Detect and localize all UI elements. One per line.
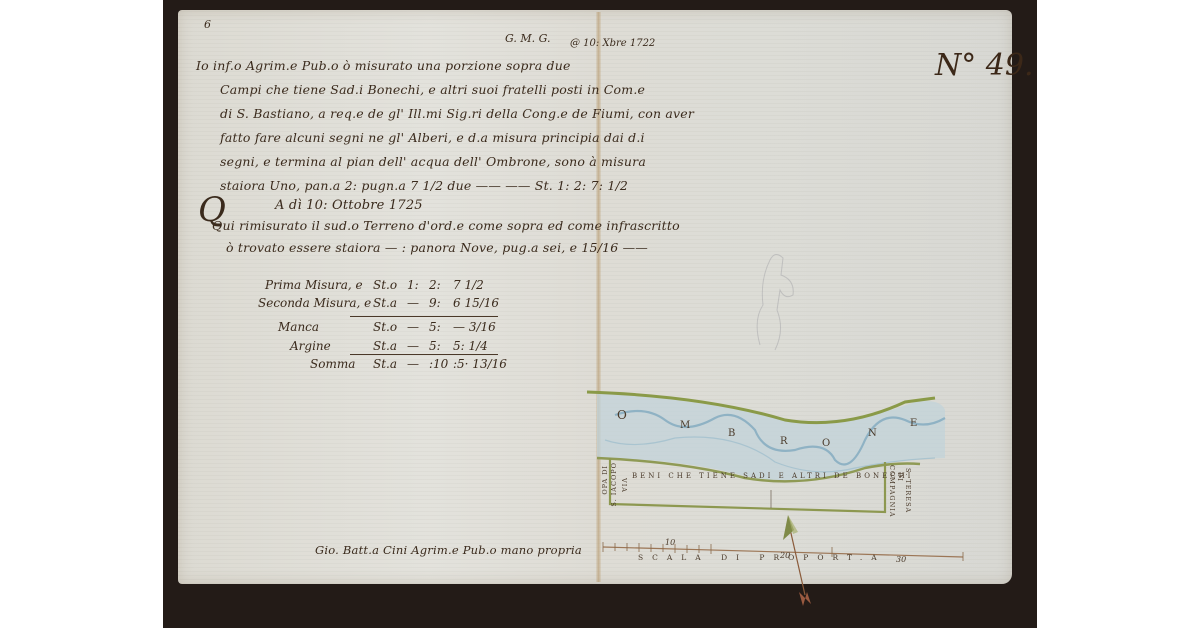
faint-figure-sketch bbox=[745, 250, 815, 360]
row-value: 1: bbox=[407, 278, 429, 292]
declaration-line: fatto fare alcuni segni ne gl' Alberi, e… bbox=[220, 130, 645, 145]
river-label-letter: B bbox=[728, 428, 735, 439]
river-label-letter: M bbox=[680, 420, 690, 431]
river-label-letter: O bbox=[822, 438, 830, 449]
row-value: 5: bbox=[429, 339, 453, 353]
table-row: ArgineSt.a—5:5: 1/4 bbox=[290, 339, 488, 353]
row-value: 2: bbox=[429, 278, 453, 292]
row-value: :5· 13/16 bbox=[453, 357, 507, 371]
right-boundary-label: COMPAGNIA bbox=[888, 465, 896, 518]
row-unit: St.a bbox=[373, 357, 407, 371]
declaration-line: Io inf.o Agrim.e Pub.o ò misurato una po… bbox=[196, 58, 571, 73]
date-header: @ 10: Xbre 1722 bbox=[570, 38, 655, 49]
row-label: Manca bbox=[278, 320, 373, 334]
right-boundary-label-3: S. TERESA bbox=[904, 468, 912, 513]
left-road-label: VIA bbox=[620, 478, 628, 493]
declaration-line: Campi che tiene Sad.i Bonechi, e altri s… bbox=[220, 82, 645, 97]
row-value: — bbox=[407, 296, 429, 310]
river-label-letter: O bbox=[617, 408, 627, 422]
row-value: 5: bbox=[429, 320, 453, 334]
second-date: A dì 10: Ottobre 1725 bbox=[275, 198, 423, 213]
row-value: :10 bbox=[429, 357, 453, 371]
folio-mark: 6 bbox=[204, 18, 211, 31]
declaration-line: staiora Uno, pan.a 2: pugn.a 7 1/2 due —… bbox=[220, 178, 628, 193]
row-unit: St.o bbox=[373, 320, 407, 334]
row-value: 7 1/2 bbox=[453, 278, 484, 292]
row-label: Argine bbox=[290, 339, 373, 353]
parcel-label: BENI CHE TIENE SADI E ALTRI DE BONECHI bbox=[632, 472, 913, 480]
table-row: Prima Misura, eSt.o1:2:7 1/2 bbox=[265, 278, 484, 292]
scale-tick-number: 10 bbox=[665, 538, 675, 547]
row-unit: St.o bbox=[373, 278, 407, 292]
sheet-number: N° 49. bbox=[935, 48, 1034, 83]
table-row: Seconda Misura, eSt.a—9:6 15/16 bbox=[258, 296, 499, 310]
row-value: — 3/16 bbox=[453, 320, 496, 334]
river-label-letter: R bbox=[780, 436, 788, 447]
row-unit: St.a bbox=[373, 296, 407, 310]
signature: Gio. Batt.a Cini Agrim.e Pub.o mano prop… bbox=[315, 543, 582, 557]
left-boundary-label-2: S. IACOPO bbox=[610, 462, 618, 507]
remeasure-line: ò trovato essere staiora — : panora Nove… bbox=[226, 240, 648, 255]
row-value: — bbox=[407, 339, 429, 353]
sum-rule bbox=[350, 316, 498, 317]
row-label: Prima Misura, e bbox=[265, 278, 373, 292]
remeasure-line: Qui rimisurato il sud.o Terreno d'ord.e … bbox=[212, 218, 680, 233]
row-value: 9: bbox=[429, 296, 453, 310]
declaration-line: segni, e termina al pian dell' acqua del… bbox=[220, 154, 646, 169]
river-label-letter: N bbox=[868, 428, 877, 439]
river-label-letter: E bbox=[910, 418, 917, 429]
invocation: G. M. G. bbox=[505, 32, 551, 45]
row-value: 6 15/16 bbox=[453, 296, 499, 310]
left-boundary-label: OPA DI bbox=[601, 465, 609, 495]
row-value: — bbox=[407, 320, 429, 334]
row-label: Somma bbox=[310, 357, 373, 371]
table-row: MancaSt.o—5:— 3/16 bbox=[278, 320, 496, 334]
total-rule bbox=[350, 354, 498, 355]
row-value: 5: 1/4 bbox=[453, 339, 488, 353]
row-label: Seconda Misura, e bbox=[258, 296, 373, 310]
right-boundary-label-2: DI bbox=[896, 472, 904, 482]
scale-tick-number: 30 bbox=[896, 555, 906, 564]
row-value: — bbox=[407, 357, 429, 371]
declaration-line: di S. Bastiano, a req.e de gl' Ill.mi Si… bbox=[220, 106, 694, 121]
table-row: SommaSt.a—:10:5· 13/16 bbox=[310, 357, 507, 371]
scale-label: SCALA DI PROPORT.A bbox=[638, 553, 886, 562]
row-unit: St.a bbox=[373, 339, 407, 353]
